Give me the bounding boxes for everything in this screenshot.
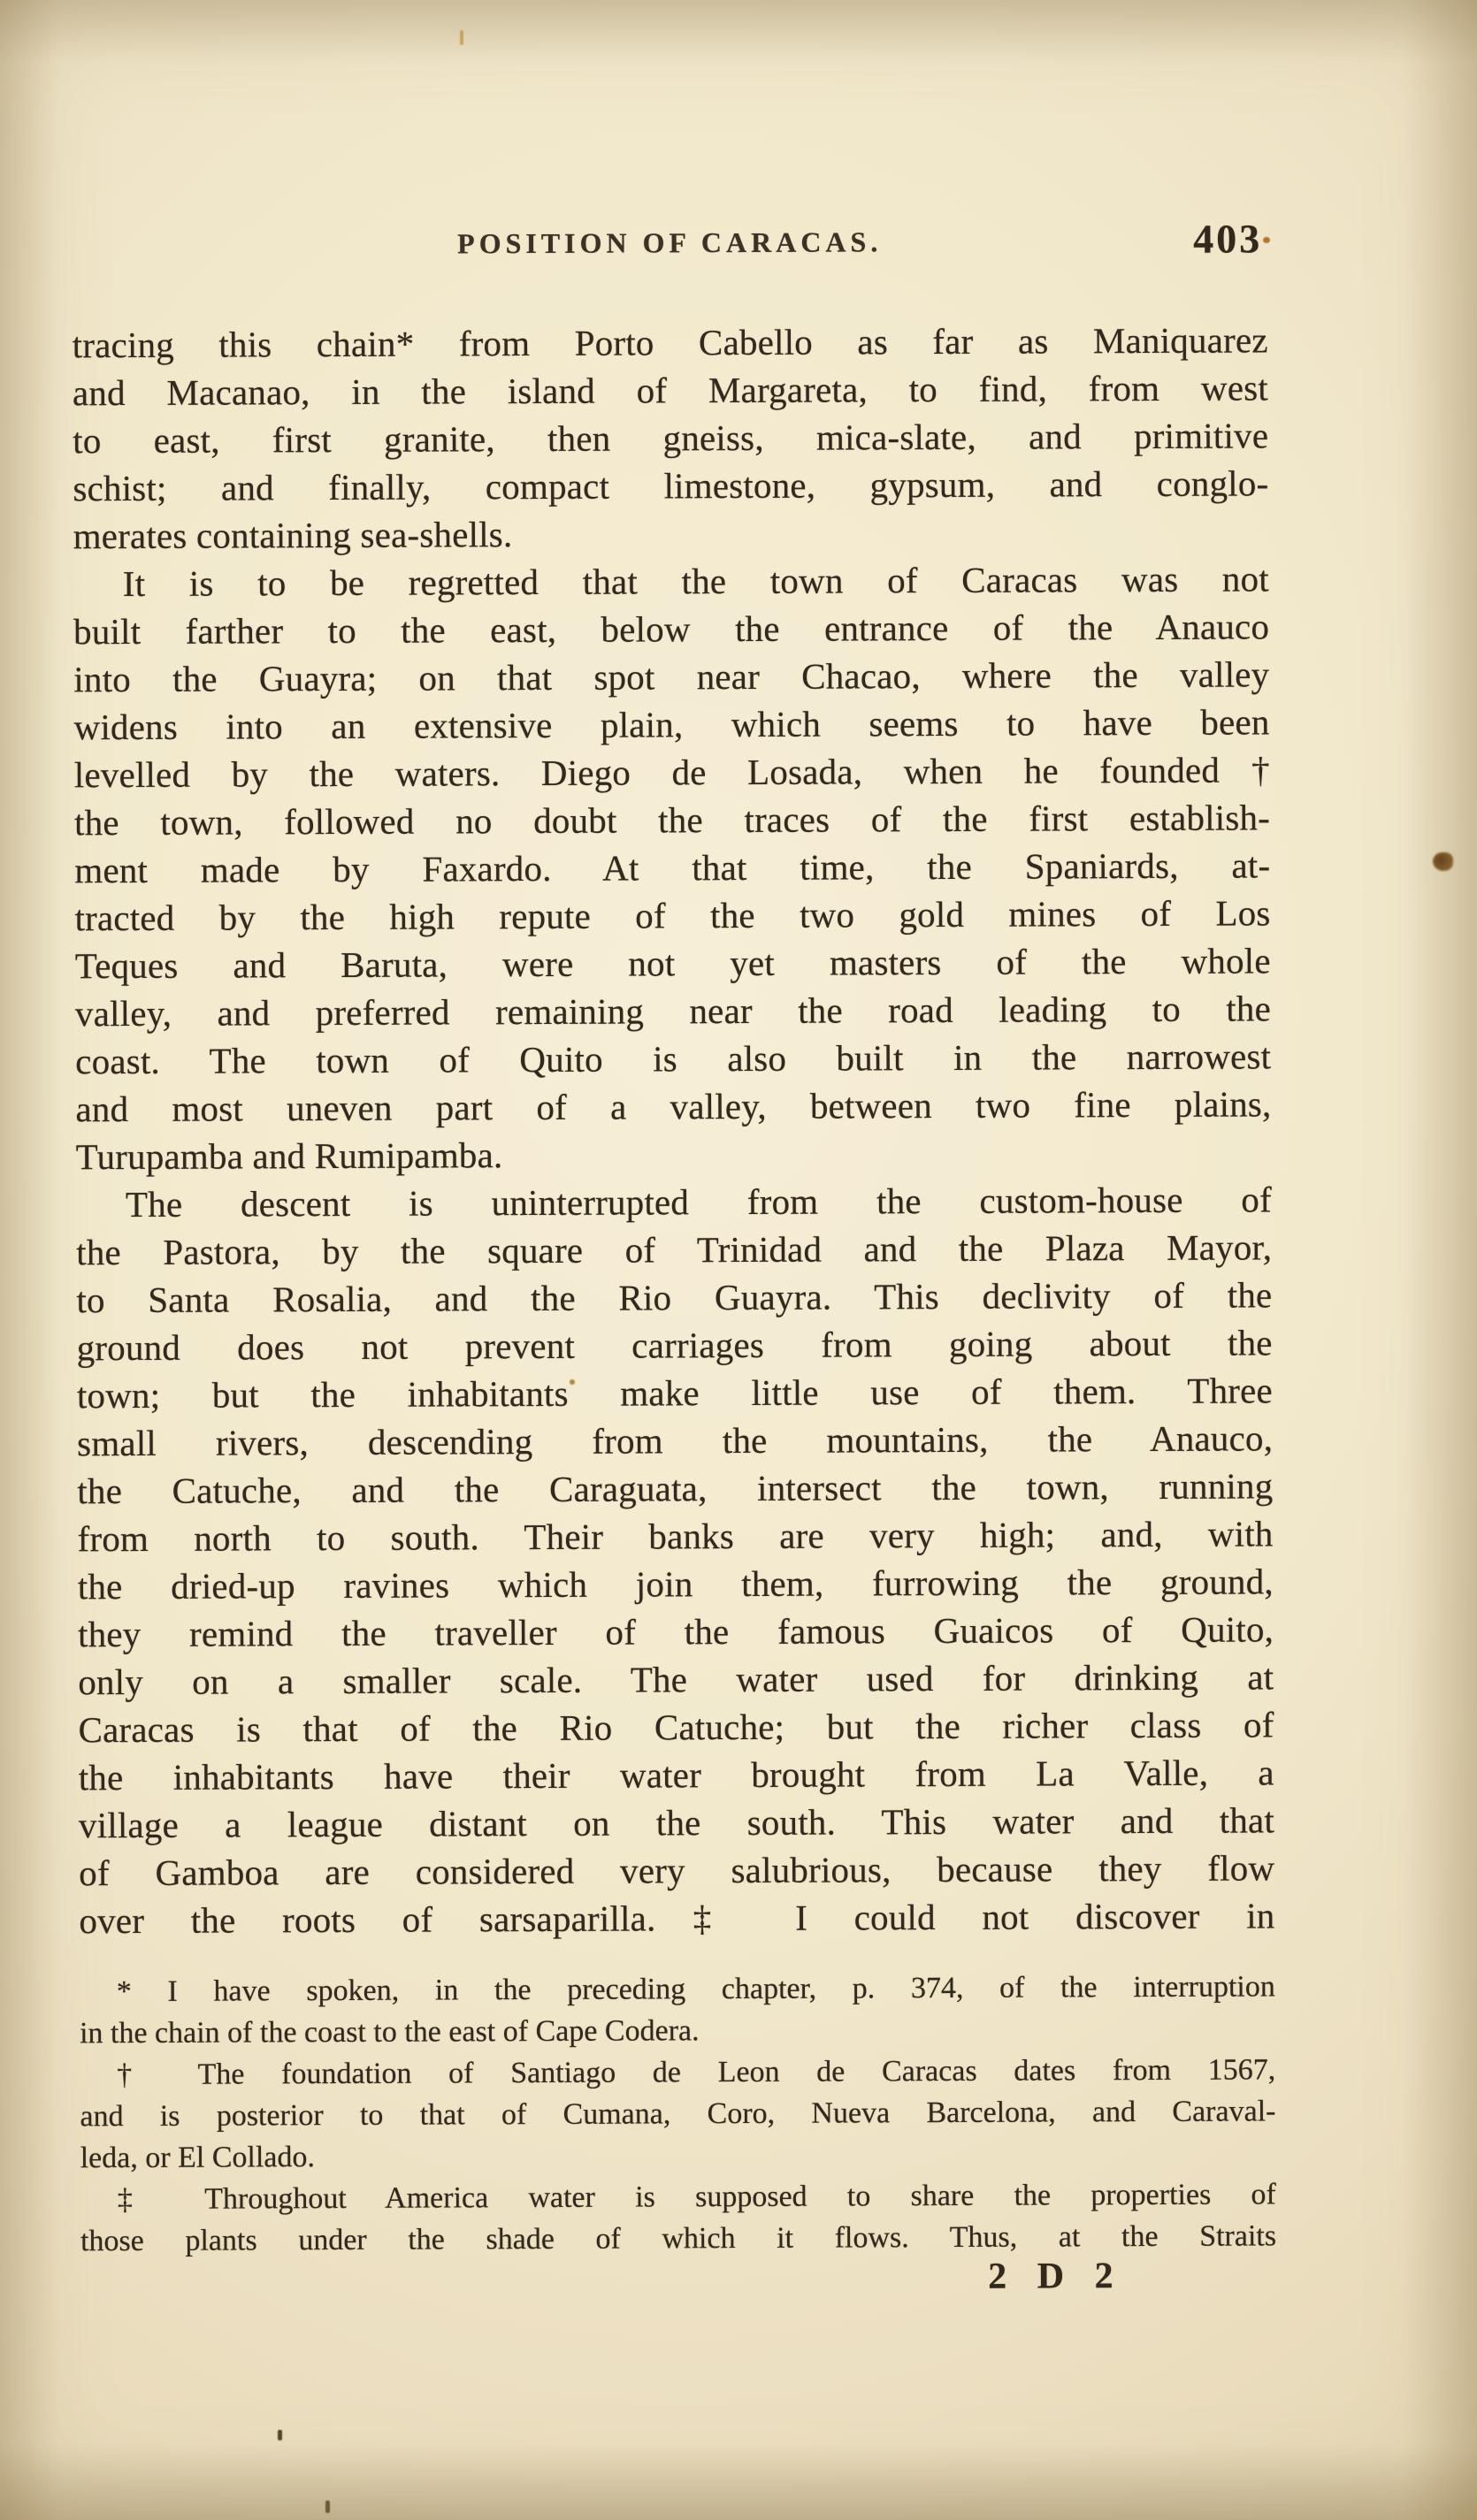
- body-text-line: Caracas is that of the Rio Catuche; but …: [78, 1700, 1274, 1753]
- body-text-line: to Santa Rosalia, and the Rio Guayra. Th…: [76, 1271, 1272, 1324]
- printer-signature: 2 D 2: [988, 2255, 1124, 2298]
- body-text-line: over the roots of sarsaparilla.‡ I could…: [79, 1891, 1274, 1944]
- body-text-line: and most uneven part of a valley, betwee…: [75, 1080, 1271, 1133]
- body-text-line: The descent is uninterrupted from the cu…: [76, 1175, 1272, 1228]
- body-text-line: town; but the inhabitants make little us…: [77, 1366, 1273, 1419]
- body-text-line: the Pastora, by the square of Trinidad a…: [76, 1223, 1272, 1276]
- body-text-line: valley, and preferred remaining near the…: [75, 984, 1271, 1037]
- body-text-line: the Catuche, and the Caraguata, intersec…: [77, 1462, 1273, 1515]
- body-text-line: ground does not prevent carriages from g…: [77, 1318, 1273, 1371]
- body-text-line: built farther to the east, below the ent…: [73, 602, 1269, 655]
- body-text-line: Teques and Baruta, were not yet masters …: [75, 936, 1271, 989]
- printed-area: POSITION OF CARACAS. 403 tracing this ch…: [0, 0, 1477, 2520]
- book-page-scan: POSITION OF CARACAS. 403 tracing this ch…: [0, 0, 1477, 2520]
- body-text: tracing this chain* from Porto Cabello a…: [73, 316, 1275, 1944]
- body-text-line: small rivers, descending from the mounta…: [77, 1414, 1273, 1467]
- body-text-line: the inhabitants have their water brought…: [79, 1748, 1274, 1801]
- footnote-line: ‡ Throughout America water is supposed t…: [80, 2173, 1276, 2220]
- body-text-line: tracing this chain* from Porto Cabello a…: [73, 316, 1268, 369]
- footnote-line: and is posterior to that of Cumana, Coro…: [80, 2090, 1275, 2137]
- footnote-line: in the chain of the coast to the east of…: [80, 2007, 1275, 2054]
- body-text-line: merates containing sea-shells.: [73, 507, 1269, 560]
- body-text-line: and Macanao, in the island of Margareta,…: [73, 363, 1268, 416]
- body-text-line: ment made by Faxardo. At that time, the …: [74, 841, 1270, 894]
- running-head: POSITION OF CARACAS. 403: [72, 224, 1267, 282]
- body-text-line: to east, first granite, then gneiss, mic…: [73, 411, 1268, 464]
- body-text-line: the dried-up ravines which join them, fu…: [78, 1557, 1274, 1610]
- body-text-line: village a league distant on the south. T…: [79, 1796, 1274, 1849]
- page-number: 403: [1193, 215, 1262, 262]
- body-text-line: tracted by the high repute of the two go…: [74, 889, 1270, 942]
- body-text-line: into the Guayra; on that spot near Chaca…: [73, 650, 1269, 703]
- body-text-line: coast. The town of Quito is also built i…: [75, 1032, 1271, 1085]
- body-text-line: the town, followed no doubt the traces o…: [74, 793, 1270, 846]
- footnote-line: * I have spoken, in the preceding chapte…: [80, 1966, 1275, 2012]
- footnote-line: leda, or El Collado.: [80, 2132, 1276, 2179]
- body-text-line: It is to be regretted that the town of C…: [73, 554, 1269, 607]
- body-text-line: Turupamba and Rumipamba.: [76, 1127, 1272, 1180]
- body-text-line: of Gamboa are considered very salubrious…: [79, 1844, 1274, 1897]
- running-title: POSITION OF CARACAS.: [72, 224, 1267, 262]
- body-text-line: they remind the traveller of the famous …: [78, 1605, 1274, 1658]
- body-text-line: only on a smaller scale. The water used …: [78, 1653, 1274, 1706]
- footnotes: * I have spoken, in the preceding chapte…: [80, 1966, 1276, 2262]
- body-text-line: schist; and finally, compact limestone, …: [73, 459, 1268, 512]
- body-text-line: from north to south. Their banks are ver…: [77, 1509, 1273, 1562]
- footnote-line: † The foundation of Santiago de Leon de …: [80, 2049, 1275, 2096]
- body-text-line: widens into an extensive plain, which se…: [73, 698, 1269, 751]
- body-text-line: levelled by the waters. Diego de Losada,…: [74, 745, 1270, 798]
